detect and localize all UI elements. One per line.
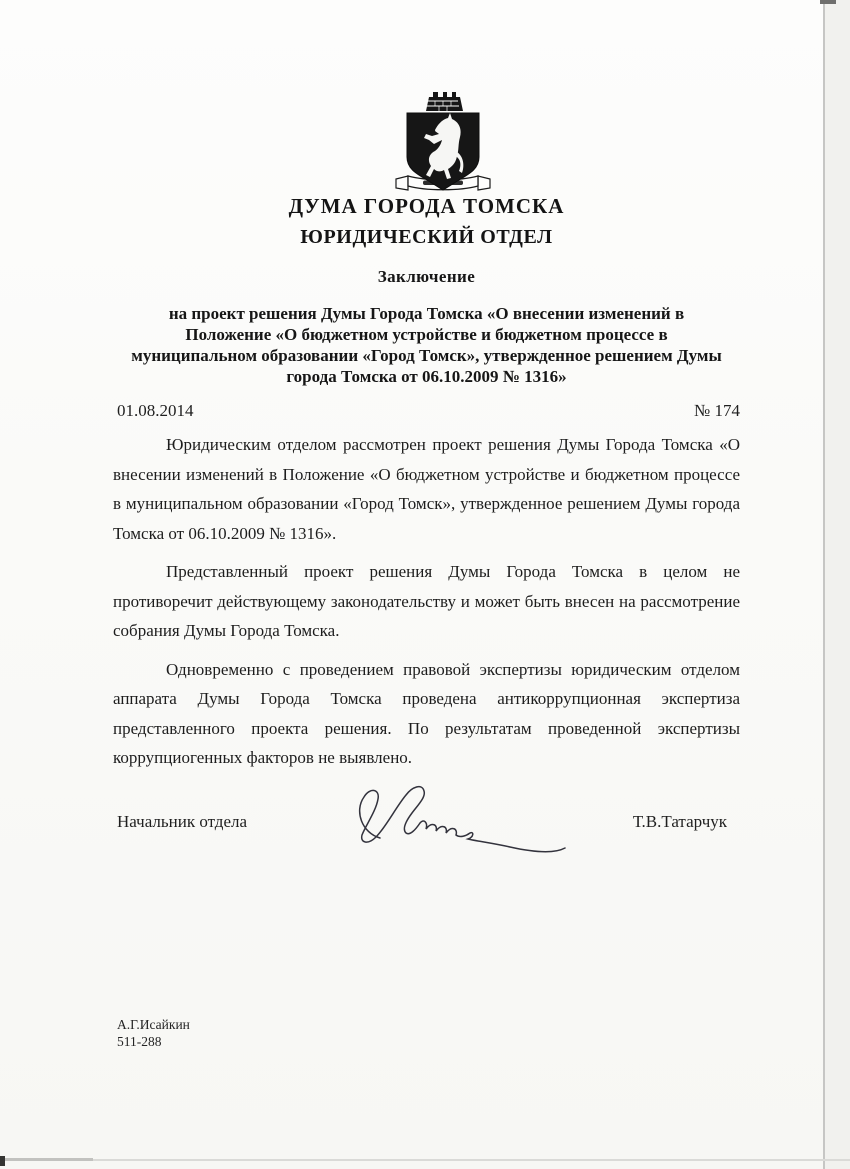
scan-dash-bottom-left (5, 1158, 93, 1161)
footer-executor-block: А.Г.Исайкин 511-288 (117, 1016, 190, 1050)
mural-crown-icon (426, 92, 463, 111)
scan-strip-right (825, 0, 850, 1169)
department-name: ЮРИДИЧЕСКИЙ ОТДЕЛ (113, 226, 740, 249)
body-text: Юридическим отделом рассмотрен проект ре… (113, 430, 740, 782)
doc-title-line: муниципальном образовании «Город Томск»,… (100, 345, 753, 366)
body-paragraph: Юридическим отделом рассмотрен проект ре… (113, 430, 740, 548)
tomsk-coat-of-arms-icon (393, 86, 493, 198)
document-page: ДУМА ГОРОДА ТОМСКА ЮРИДИЧЕСКИЙ ОТДЕЛ Зак… (0, 0, 850, 1169)
executor-name: А.Г.Исайкин (117, 1016, 190, 1033)
body-paragraph: Одновременно с проведением правовой эксп… (113, 655, 740, 773)
doc-title-line: Положение «О бюджетном устройстве и бюдж… (100, 324, 753, 345)
org-name: ДУМА ГОРОДА ТОМСКА (113, 194, 740, 219)
signer-name: Т.В.Татарчук (633, 812, 727, 832)
doc-title-line: города Томска от 06.10.2009 № 1316» (100, 366, 753, 387)
doc-type-title: Заключение (113, 267, 740, 287)
signature-icon (352, 783, 580, 861)
doc-title: на проект решения Думы Города Томска «О … (100, 303, 753, 387)
doc-number: № 174 (694, 401, 740, 421)
scan-edge-bottom (0, 1159, 850, 1161)
executor-phone: 511-288 (117, 1033, 190, 1050)
scan-mark-top-right (820, 0, 836, 4)
scan-edge-right (823, 0, 825, 1169)
doc-title-line: на проект решения Думы Города Томска «О … (100, 303, 753, 324)
body-paragraph: Представленный проект решения Думы Город… (113, 557, 740, 646)
doc-date: 01.08.2014 (117, 401, 194, 421)
signature-position-label: Начальник отдела (117, 812, 247, 832)
